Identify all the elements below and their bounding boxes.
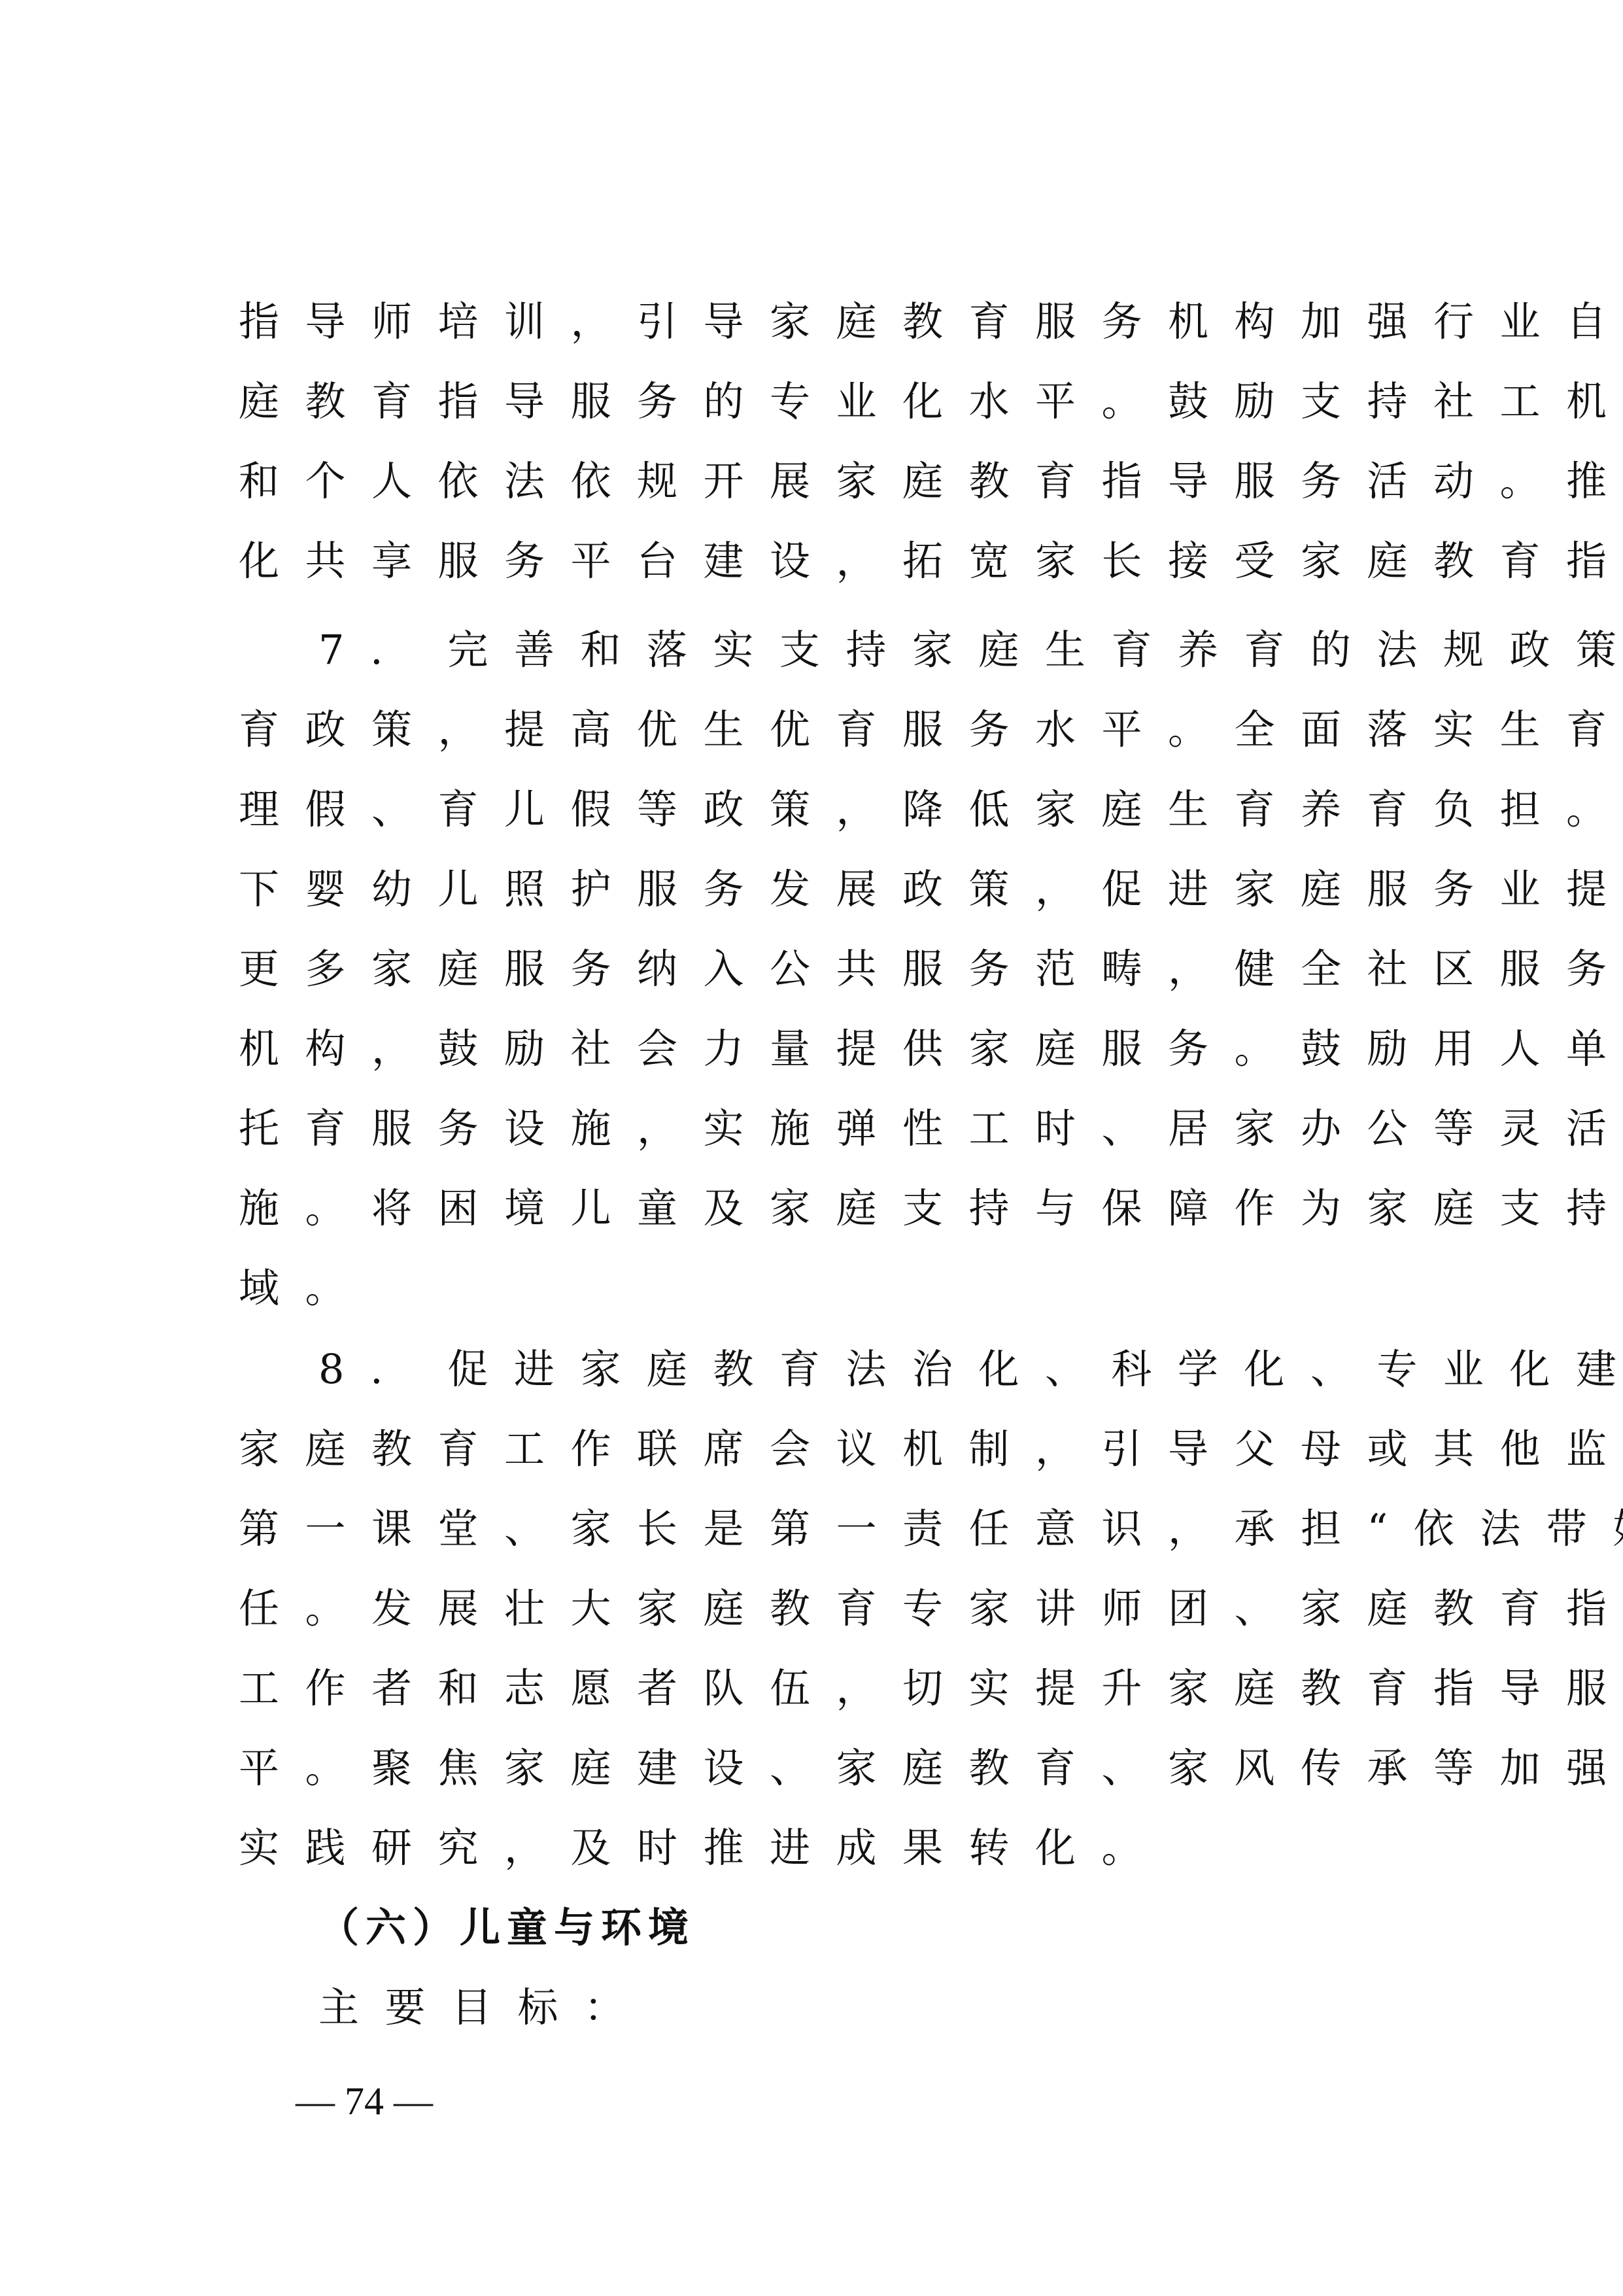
paragraph-line: 和个人依法依规开展家庭教育指导服务活动。推进家庭教育信息 <box>239 455 1481 507</box>
page-number: — 74 — <box>296 2078 433 2124</box>
document-page: 指导师培训，引导家庭教育服务机构加强行业自律，切实提升家 庭教育指导服务的专业化… <box>0 0 1623 2296</box>
paragraph-line: 化共享服务平台建设，拓宽家长接受家庭教育指导的渠道。 <box>239 535 1481 587</box>
paragraph-line: 8. 促进家庭教育法治化、科学化、专业化建设。建立完善 <box>318 1343 1561 1396</box>
paragraph-line: 指导师培训，引导家庭教育服务机构加强行业自律，切实提升家 <box>239 296 1481 348</box>
paragraph-line: 第一课堂、家长是第一责任意识，承担“依法带娃”的主体责 <box>239 1503 1481 1555</box>
paragraph-line: 理假、育儿假等政策，降低家庭生育养育负担。落实促进 3 岁以 <box>239 783 1481 836</box>
section-heading: （六）儿童与环境 <box>318 1902 1561 1954</box>
paragraph-line: 机构，鼓励社会力量提供家庭服务。鼓励用人单位创办母婴室和 <box>239 1023 1481 1075</box>
subheading: 主要目标： <box>318 1981 1561 2034</box>
paragraph-line: 育政策，提高优生优育服务水平。全面落实生育津贴、产假、护 <box>239 704 1481 756</box>
paragraph-line: 下婴幼儿照护服务发展政策，促进家庭服务业提质扩容。推动将 <box>239 863 1481 916</box>
paragraph-line: 家庭教育工作联席会议机制，引导父母或其他监护人树立家庭是 <box>239 1423 1481 1475</box>
paragraph-line: 庭教育指导服务的专业化水平。鼓励支持社工机构、志愿者组织 <box>239 375 1481 428</box>
paragraph-line: 实践研究，及时推进成果转化。 <box>239 1822 1481 1874</box>
paragraph-line: 施。将困境儿童及家庭支持与保障作为家庭支持政策的优先领 <box>239 1182 1481 1235</box>
paragraph-line: 7. 完善和落实支持家庭生育养育的法规政策。完善优化生 <box>318 624 1561 676</box>
paragraph-line: 工作者和志愿者队伍，切实提升家庭教育指导服务的专业化水 <box>239 1662 1481 1715</box>
paragraph-line: 域。 <box>239 1262 1481 1314</box>
paragraph-line: 任。发展壮大家庭教育专家讲师团、家庭教育指导师、专业社会 <box>239 1583 1481 1635</box>
paragraph-line: 平。聚焦家庭建设、家庭教育、家风传承等加强家庭领域理论和 <box>239 1742 1481 1794</box>
paragraph-line: 托育服务设施，实施弹性工时、居家办公等灵活的家庭友好措 <box>239 1103 1481 1155</box>
paragraph-line: 更多家庭服务纳入公共服务范畴，健全社区服务，发展社区照料 <box>239 943 1481 995</box>
